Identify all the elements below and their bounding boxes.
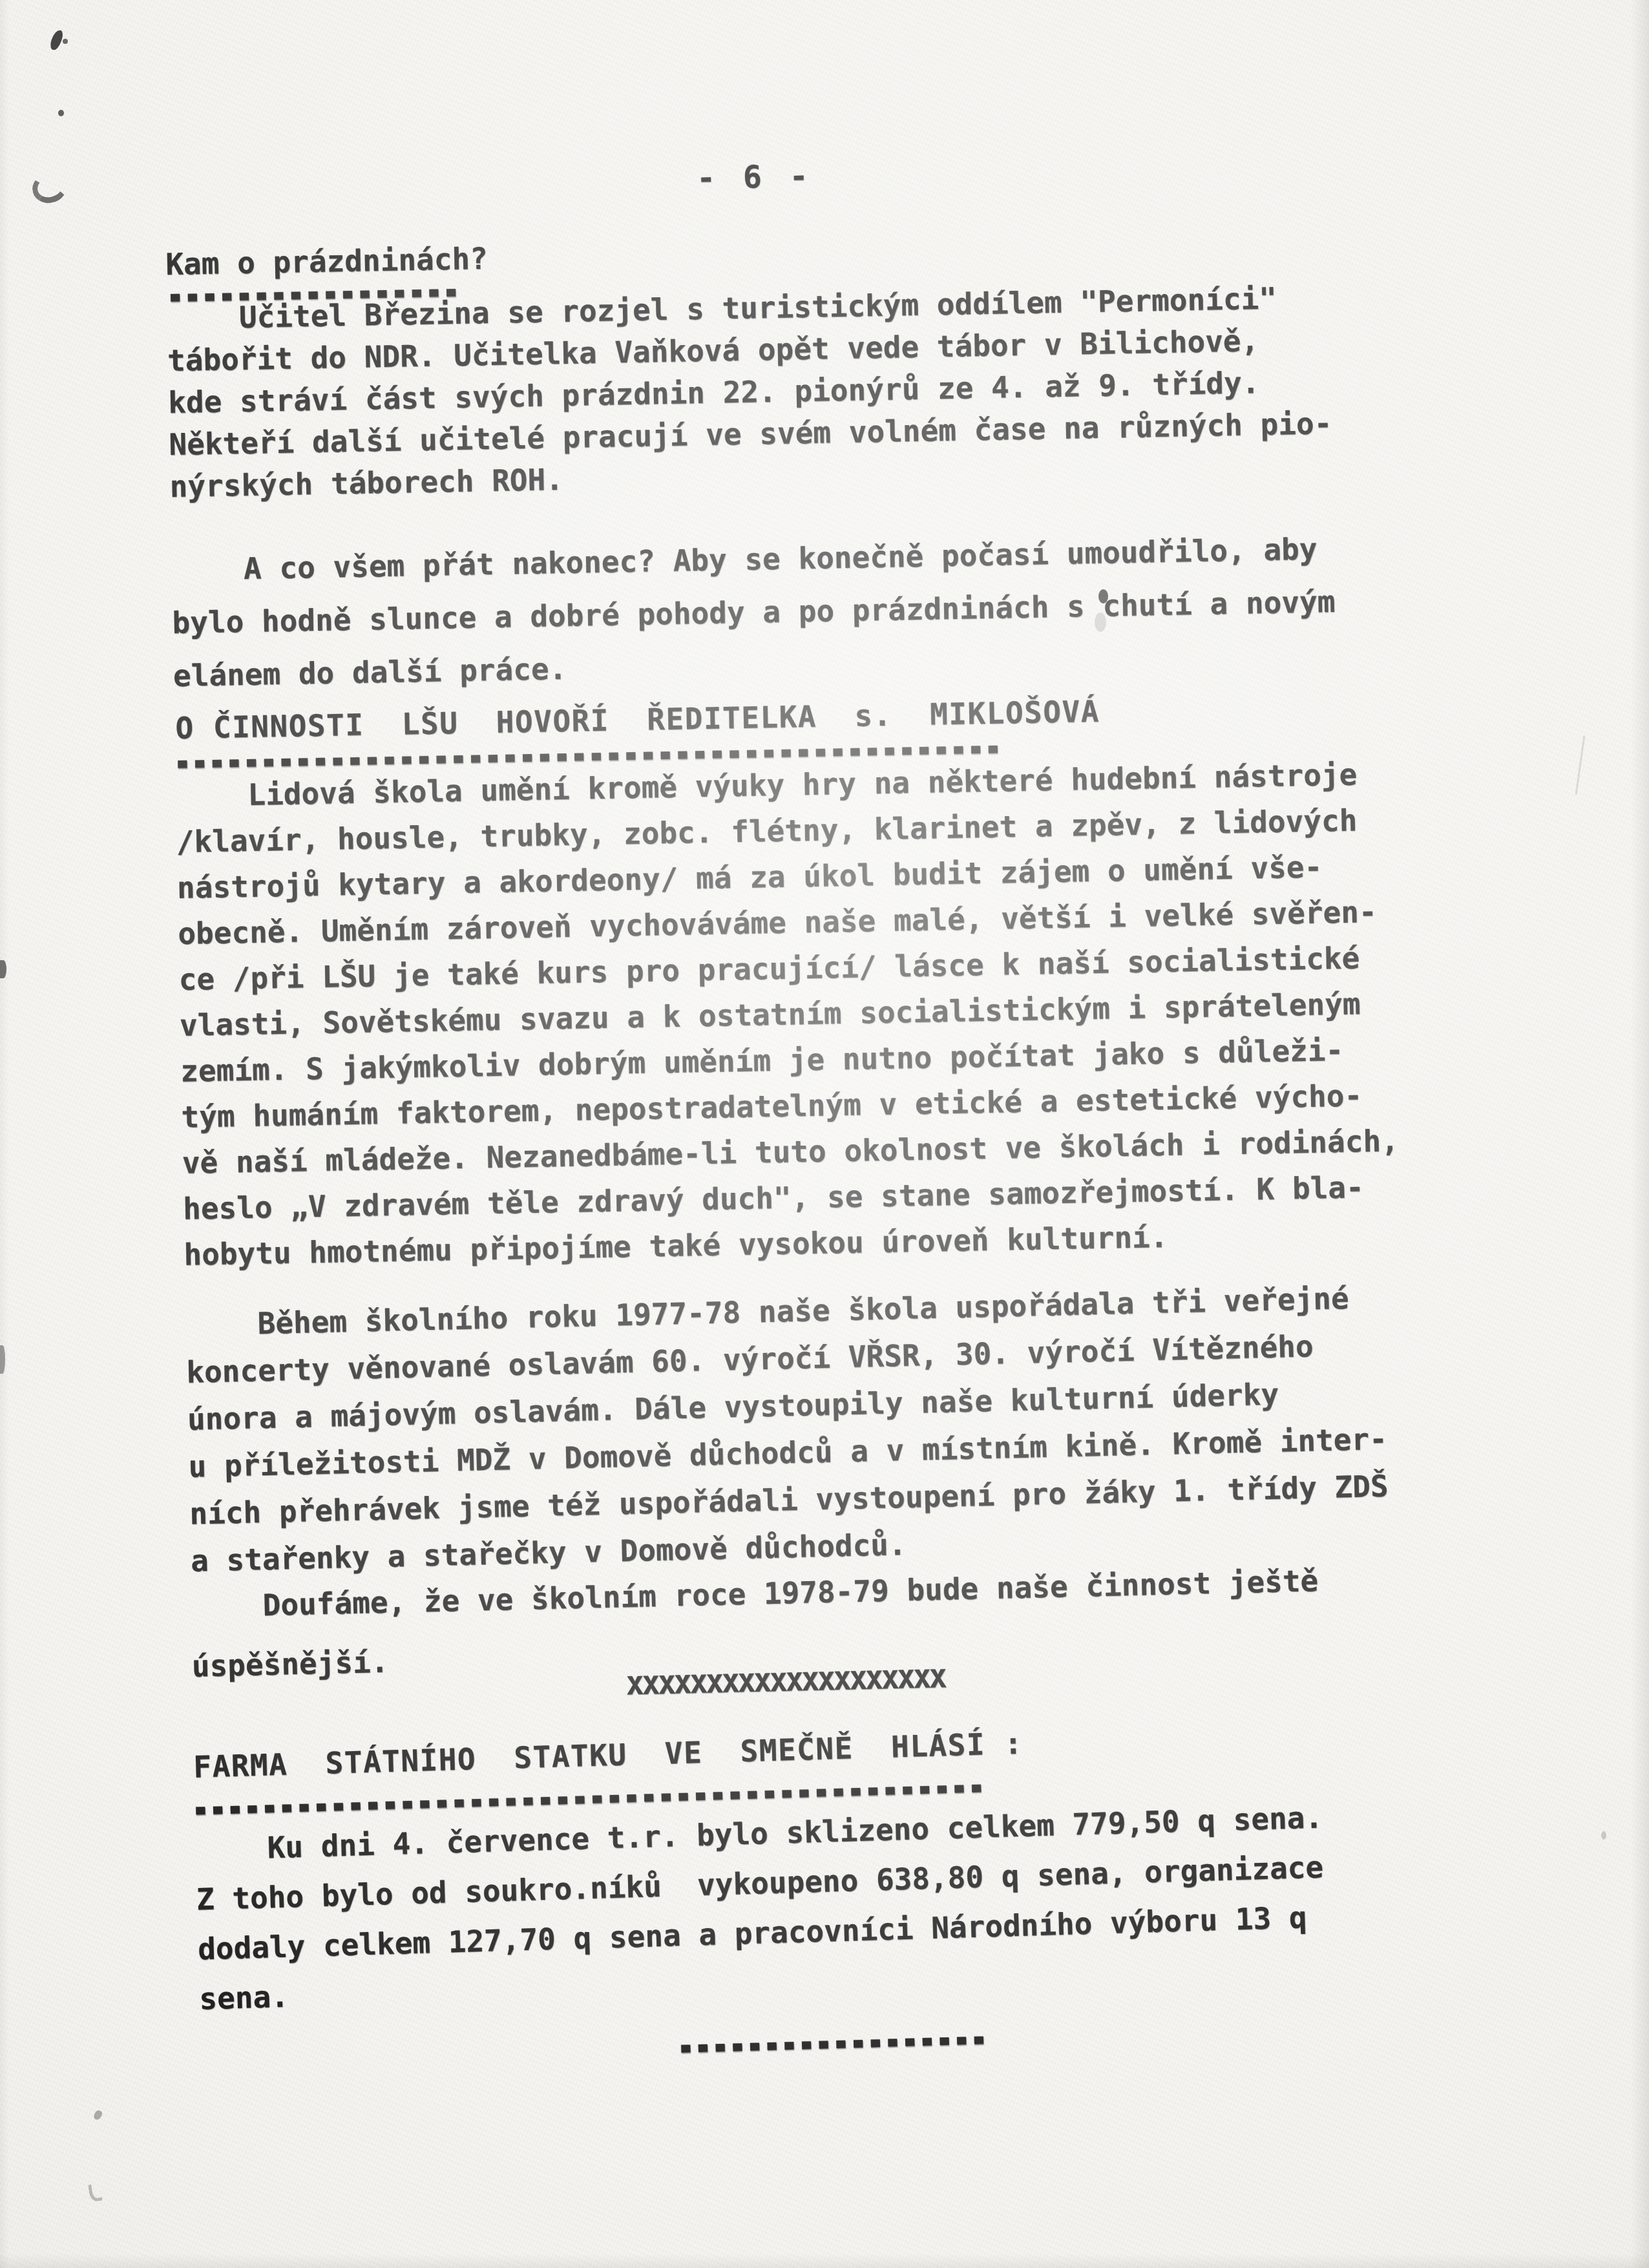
paragraph-holiday-travel: Učitel Březina se rozjel s turistickým o… [166,273,1553,508]
page-number: - 6 - [697,158,813,196]
scan-edge-shadow-left [0,0,9,2268]
paragraph-lsu-concerts: Během školního roku 1977-78 naše škola u… [185,1270,1574,1585]
paragraph-lsu-school: Lidová škola umění kromě výuky hry na ně… [175,748,1567,1278]
scanned-document-page: { "page_number": "- 6 -", "sections": { … [0,0,1649,2268]
x-separator: xxxxxxxxxxxxxxxxxxxx [625,1656,945,1703]
scan-edge-shadow-right [1631,0,1649,2268]
end-separator-line: ------------------ [677,2019,988,2063]
typewritten-content: - 6 - Kam o prázdninách? ---------------… [0,0,1649,2268]
paragraph-holiday-wish: A co všem přát nakonec? Aby se konečně p… [171,518,1556,702]
scan-edge-shadow-bottom [0,2254,1649,2268]
paragraph-farm-hay: Ku dni 4. července t.r. bylo sklizeno ce… [194,1785,1582,2024]
paper-sheet: - 6 - Kam o prázdninách? ---------------… [0,0,1649,2268]
